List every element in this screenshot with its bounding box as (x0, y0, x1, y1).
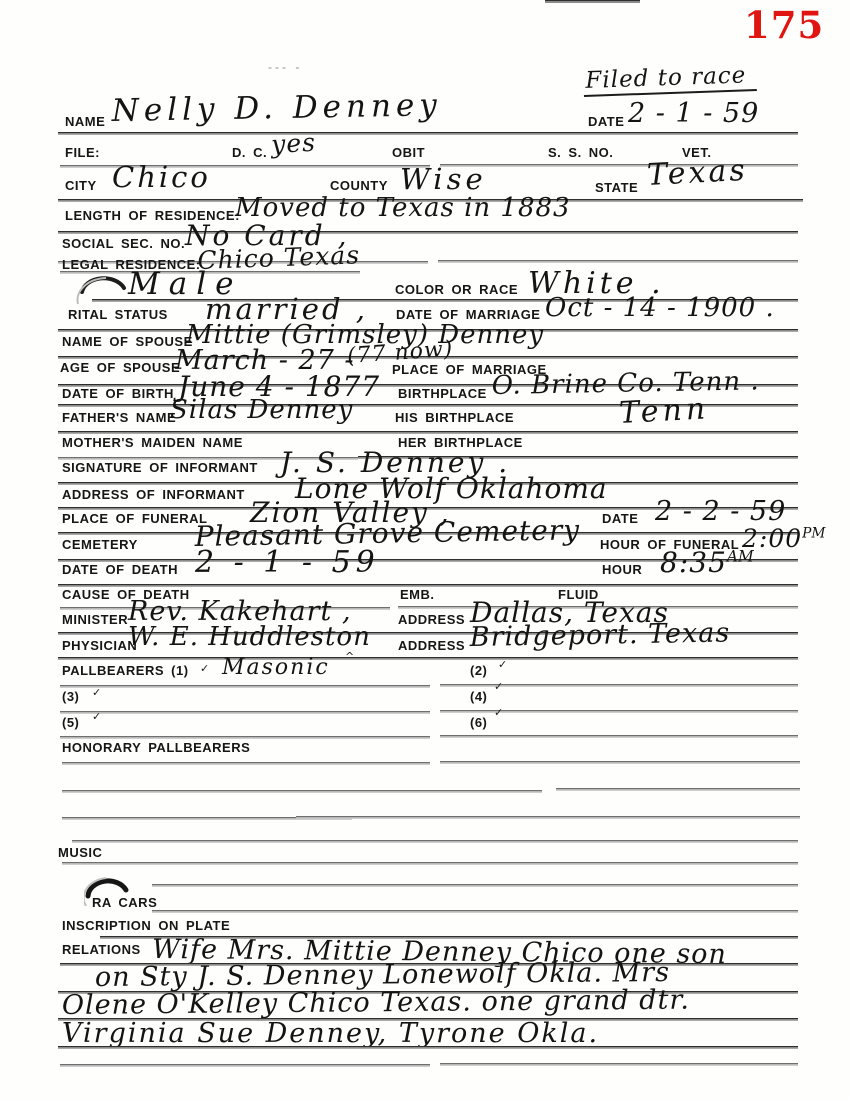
rule (60, 685, 430, 687)
field-dc-label: D. C. (232, 145, 267, 160)
field-birthplace-label: BIRTHPLACE (398, 386, 487, 401)
field-state-value: Texas (646, 153, 748, 193)
rule (62, 790, 542, 792)
field-death-date-label: DATE OF DEATH (62, 562, 178, 577)
rule (60, 711, 430, 713)
rule (62, 862, 798, 864)
field-date-top-label: DATE (588, 114, 624, 129)
field-name-value: Nelly D. Denney (111, 87, 442, 129)
field-minister-label: MINISTER (62, 612, 128, 627)
field-ssno-label: S. S. NO. (548, 145, 613, 160)
rule (556, 788, 800, 790)
field-pallbearer-3-label: (3) (62, 689, 79, 704)
field-informant-address-label: ADDRESS OF INFORMANT (62, 487, 245, 502)
rule (58, 431, 798, 433)
field-spouse-name-label: NAME OF SPOUSE (62, 334, 193, 349)
field-emb-label: EMB. (400, 587, 435, 602)
field-physician-label: PHYSICIAN (62, 638, 137, 653)
field-music-label: MUSIC (58, 845, 102, 860)
rule (152, 884, 798, 886)
rule (72, 840, 798, 842)
funeral-hour-suffix: PM (802, 526, 825, 542)
field-funeral-place-label: PLACE OF FUNERAL (62, 511, 207, 526)
field-state-label: STATE (595, 180, 638, 195)
field-social-sec-label: SOCIAL SEC. NO. (62, 236, 185, 251)
field-informant-signature-label: SIGNATURE OF INFORMANT (62, 460, 258, 475)
field-obit-label: OBIT (392, 145, 425, 160)
scan-bar-top (545, 0, 640, 3)
field-pallbearer-2-label: (2) (470, 663, 487, 678)
rule (58, 231, 798, 233)
field-funeral-hour-value: 2:00PM (742, 524, 825, 553)
death-hour-suffix: AM (727, 548, 754, 566)
relations-line-4: Virginia Sue Denney, Tyrone Okla. (62, 1018, 599, 1049)
rule (152, 910, 798, 912)
field-pallbearer-5-label: (5) (62, 715, 79, 730)
field-pallbearer-1-label: PALLBEARERS (1) (62, 663, 189, 678)
pen-tick-icon: ✓ (494, 706, 503, 719)
field-city-value: Chico (112, 160, 211, 194)
field-county-value: Wise (400, 162, 487, 196)
field-age-spouse-label: AGE OF SPOUSE (60, 360, 180, 375)
field-physician-address-value: Bridgeport. Texas (469, 617, 730, 653)
rule (60, 1064, 430, 1066)
field-date-birth-label: DATE OF BIRTH (62, 386, 174, 401)
field-funeral-date-value: 2 - 2 - 59 (655, 496, 786, 527)
rule (438, 260, 798, 262)
field-city-label: CITY (65, 178, 97, 193)
field-dc-value: yes (270, 128, 316, 159)
rule (58, 657, 798, 659)
field-his-birthplace-label: HIS BIRTHPLACE (395, 410, 514, 425)
scan-dashes: --- - (268, 60, 302, 74)
field-date-marriage-value: Oct - 14 - 1900 . (545, 293, 775, 323)
field-extra-cars-label: RA CARS (92, 895, 157, 910)
field-name-label: NAME (65, 114, 105, 129)
pen-tick-icon: ✓ (498, 658, 507, 671)
field-inscription-label: INSCRIPTION ON PLATE (62, 918, 230, 933)
field-his-birthplace-value: Tenn (618, 391, 710, 431)
field-county-label: COUNTY (330, 178, 388, 193)
field-marital-status-label: RITAL STATUS (68, 307, 168, 322)
field-physician-address-label: ADDRESS (398, 638, 465, 653)
annotation-filed-to-race: Filed to race (583, 62, 757, 97)
field-father-name-label: FATHER'S NAME (62, 410, 176, 425)
relations-line-3: Olene O'Kelley Chico Texas. one grand dt… (62, 985, 690, 1021)
scanned-funeral-record: --- - 175 Filed to race NAME Nelly D. De… (0, 0, 850, 1100)
rule (60, 736, 430, 738)
pen-tick-icon: ✓ (200, 662, 209, 675)
pen-tick-icon: ✓ (494, 680, 503, 693)
page-number: 175 (744, 3, 824, 47)
field-cemetery-label: CEMETERY (62, 537, 138, 552)
field-pallbearer-1-value: Masonic (222, 655, 330, 680)
rule (62, 762, 430, 764)
field-color-race-label: COLOR OR RACE (395, 282, 518, 297)
rule (296, 816, 800, 818)
field-death-date-value: 2 - 1 - 59 (195, 545, 380, 580)
field-minister-address-label: ADDRESS (398, 612, 465, 627)
field-mother-maiden-label: MOTHER'S MAIDEN NAME (62, 435, 243, 450)
pen-tick-icon: ✓ (92, 710, 101, 723)
rule (58, 1046, 798, 1048)
field-date-top-value: 2 - 1 - 59 (628, 98, 759, 129)
field-pallbearer-4-label: (4) (470, 689, 487, 704)
pen-caret-icon: ^ (345, 650, 354, 663)
rule (440, 1063, 798, 1065)
field-relations-label: RELATIONS (62, 942, 141, 957)
field-funeral-date-label: DATE (602, 511, 638, 526)
rule (440, 761, 800, 763)
field-death-hour-value: 8:35AM (660, 546, 754, 579)
field-father-name-value: Silas Denney (170, 395, 353, 425)
rule (58, 132, 798, 134)
rule (58, 584, 798, 586)
pen-tick-icon: ✓ (92, 686, 101, 699)
field-honorary-label: HONORARY PALLBEARERS (62, 740, 250, 755)
field-death-hour-label: HOUR (602, 562, 642, 577)
field-pallbearer-6-label: (6) (470, 715, 487, 730)
field-file-label: FILE: (65, 145, 100, 160)
rule (440, 735, 798, 737)
field-physician-value: W. E. Huddleston (128, 622, 371, 652)
